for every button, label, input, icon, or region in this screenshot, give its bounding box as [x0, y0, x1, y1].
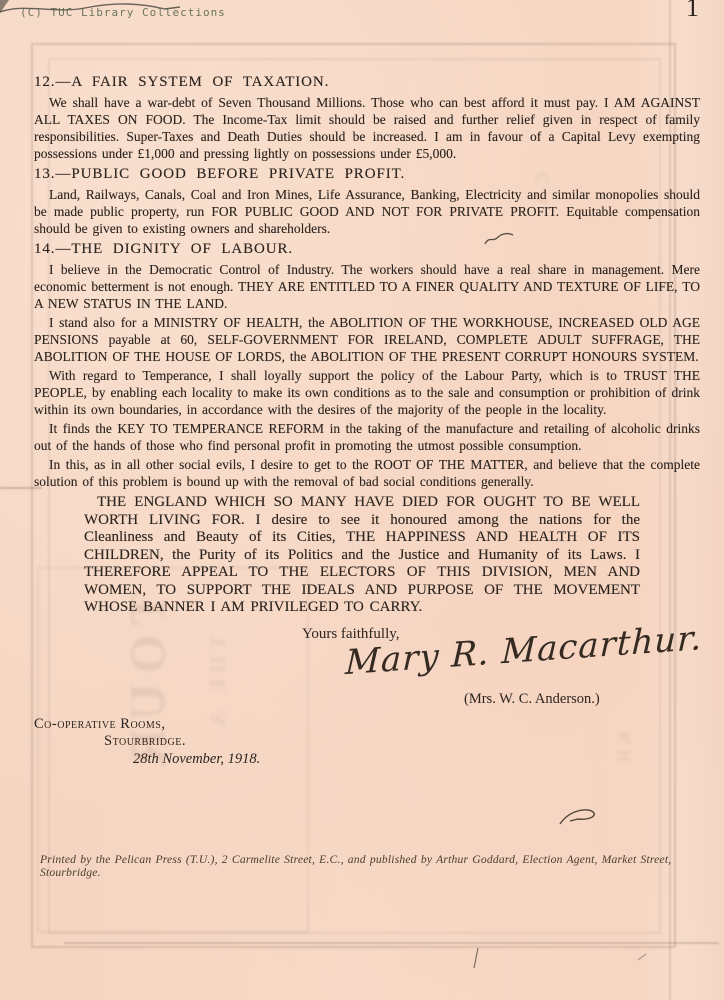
section-heading-13: 13.—PUBLIC GOOD BEFORE PRIVATE PROFIT.	[34, 165, 700, 183]
paragraph: Land, Railways, Canals, Coal and Iron Mi…	[34, 186, 700, 237]
paragraph: I believe in the Democratic Control of I…	[34, 261, 700, 312]
paragraph: In this, as in all other social evils, I…	[34, 456, 700, 490]
pen-loop-icon	[558, 805, 600, 831]
address-line-town: Stourbridge.	[104, 733, 700, 750]
paragraph: With regard to Temperance, I shall loyal…	[34, 367, 700, 418]
appeal-paragraph: THE ENGLAND WHICH SO MANY HAVE DIED FOR …	[84, 494, 640, 617]
paragraph: We shall have a war-debt of Seven Thousa…	[34, 94, 700, 162]
signature-note: (Mrs. W. C. Anderson.)	[464, 691, 700, 708]
section-heading-14: 14.—THE DIGNITY OF LABOUR.	[34, 240, 700, 258]
paragraph: I stand also for a MINISTRY OF HEALTH, t…	[34, 314, 700, 365]
ghost-bottom-rule	[64, 942, 719, 944]
section-heading-12: 12.—A FAIR SYSTEM OF TAXATION.	[34, 73, 700, 91]
address-block: Co-operative Rooms, Stourbridge. 28th No…	[34, 716, 700, 768]
library-watermark: (C) TUC Library Collections	[20, 6, 226, 19]
page-number-mark: 1	[686, 0, 699, 23]
address-line-rooms: Co-operative Rooms,	[34, 716, 700, 733]
leaflet-body: 12.—A FAIR SYSTEM OF TAXATION. We shall …	[34, 70, 700, 768]
printer-imprint: Printed by the Pelican Press (T.U.), 2 C…	[40, 853, 680, 879]
paragraph: It finds the KEY TO TEMPERANCE REFORM in…	[34, 420, 700, 454]
scanned-leaflet-page: TOUR THE A CA KH (C) TUC Library Collect…	[0, 0, 724, 1000]
stray-ink-marks	[460, 946, 660, 976]
document-date: 28th November, 1918.	[133, 751, 700, 768]
